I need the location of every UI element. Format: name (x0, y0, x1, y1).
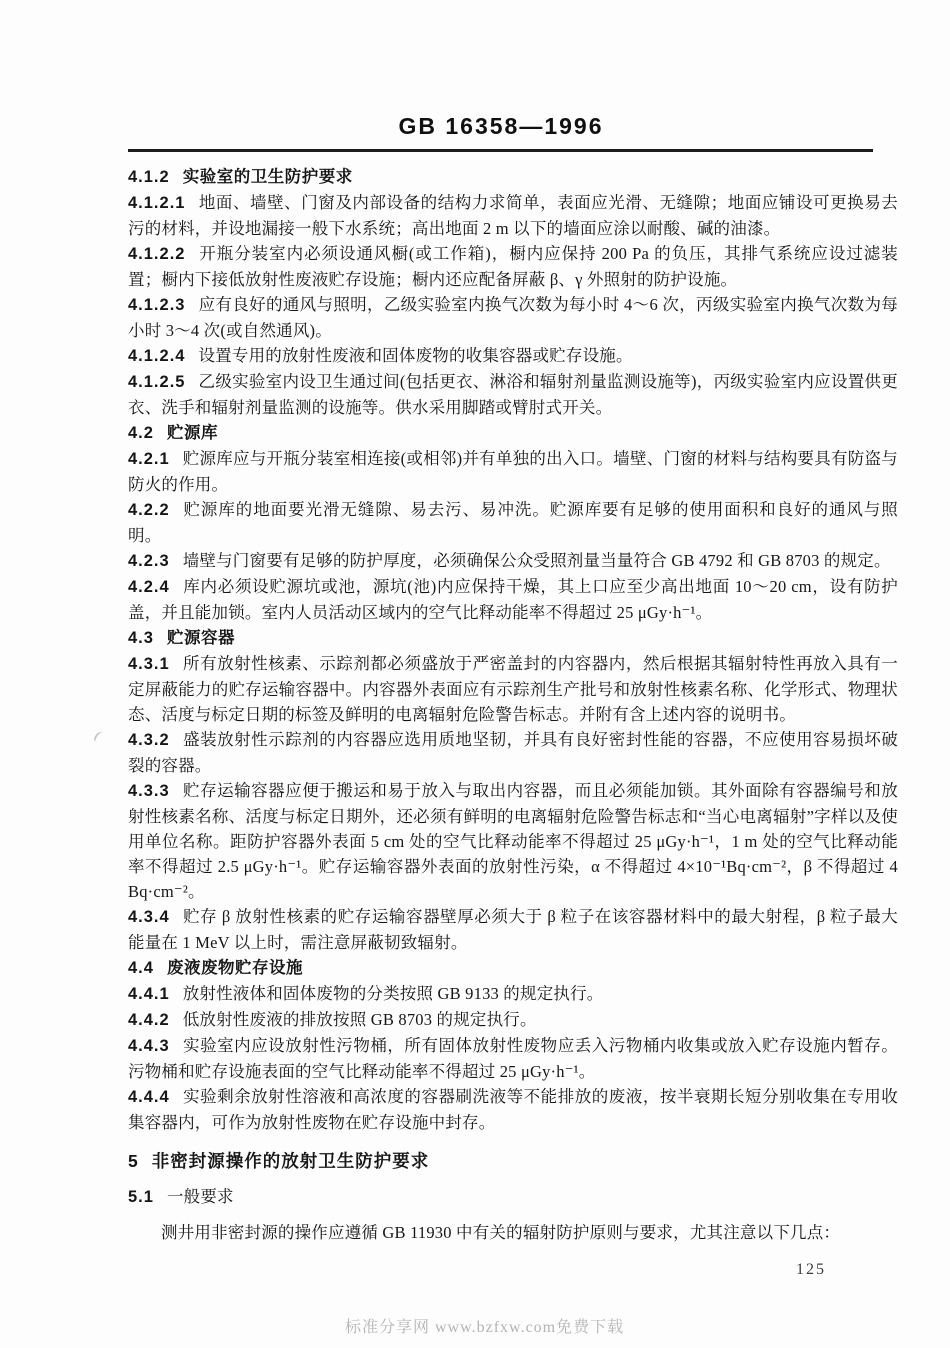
clause-paragraph: 4.1.2.4设置专用的放射性废液和固体废物的收集容器或贮存设施。 (128, 343, 898, 369)
clause-number: 4.1.2.4 (128, 347, 185, 365)
clause-number: 4.4.1 (128, 985, 170, 1003)
clause-number: 5 (128, 1151, 139, 1171)
clause-paragraph: 5非密封源操作的放射卫生防护要求 (128, 1149, 898, 1174)
clause-paragraph: 4.4.4实验剩余放射性溶液和高浓度的容器刷洗液等不能排放的废液，按半衰期长短分… (128, 1084, 898, 1135)
clause-paragraph: 4.2.3墙壁与门窗要有足够的防护厚度，必须确保公众受照剂量当量符合 GB 47… (128, 548, 898, 574)
clause-text: 贮存 β 放射性核素的贮存运输容器壁厚必须大于 β 粒子在该容器材料中的最大射程… (128, 907, 898, 952)
clause-text: 一般要求 (167, 1187, 234, 1206)
header-rule (128, 149, 873, 152)
clause-text: 贮存运输容器应便于搬运和易于放入与取出内容器，而且必须能加锁。其外面除有容器编号… (128, 781, 898, 901)
page-number: 125 (796, 1261, 826, 1279)
clause-number: 4.1.2.2 (128, 245, 185, 263)
scan-artifact (93, 730, 106, 745)
clause-paragraph: 4.2.4库内必须设贮源坑或池，源坑(池)内应保持干燥，其上口应至少高出地面 1… (128, 574, 898, 625)
clause-number: 4.3.3 (128, 782, 170, 800)
clause-number: 4.4.2 (128, 1011, 170, 1029)
clause-paragraph: 4.4.3实验室内应设放射性污物桶，所有固体放射性废物应丢入污物桶内收集或放入贮… (128, 1033, 898, 1084)
clause-number: 4.4 (128, 959, 154, 977)
clause-text: 废液废物贮存设施 (167, 959, 303, 977)
document-page: GB 16358—1996 4.1.2实验室的卫生防护要求 4.1.2.1地面、… (0, 0, 950, 1348)
clause-text: 贮源库应与开瓶分装室相连接(或相邻)并有单独的出入口。墙壁、门窗的材料与结构要具… (128, 449, 898, 494)
clause-number: 4.4.3 (128, 1037, 170, 1055)
clause-text: 地面、墙壁、门窗及内部设备的结构力求简单，表面应光滑、无缝隙；地面应铺设可更换易… (128, 193, 898, 238)
clause-text: 设置专用的放射性废液和固体废物的收集容器或贮存设施。 (198, 346, 632, 365)
clause-number: 4.3.4 (128, 908, 170, 926)
clause-paragraph: 4.2.2贮源库的地面要光滑无缝隙、易去污、易冲洗。贮源库要有足够的使用面积和良… (128, 497, 898, 548)
clause-text: 实验室的卫生防护要求 (183, 168, 353, 186)
clause-number: 4.2.4 (128, 578, 170, 596)
clause-paragraph: 4.4.2低放射性废液的排放按照 GB 8703 的规定执行。 (128, 1007, 898, 1033)
clause-text: 放射性液体和固体废物的分类按照 GB 9133 的规定执行。 (183, 984, 604, 1003)
clause-paragraph: 5.1一般要求 (128, 1184, 898, 1210)
clause-text: 测井用非密封源的操作应遵循 GB 11930 中有关的辐射防护原则与要求，尤其注… (161, 1223, 840, 1242)
clause-number: 4.3 (128, 629, 154, 647)
clause-paragraph: 4.4.1放射性液体和固体废物的分类按照 GB 9133 的规定执行。 (128, 981, 898, 1007)
clause-paragraph: 4.2.1贮源库应与开瓶分装室相连接(或相邻)并有单独的出入口。墙壁、门窗的材料… (128, 446, 898, 497)
clause-paragraph: 4.3.3贮存运输容器应便于搬运和易于放入与取出内容器，而且必须能加锁。其外面除… (128, 778, 898, 904)
clause-number: 4.3.2 (128, 731, 170, 749)
clause-text: 应有良好的通风与照明，乙级实验室内换气次数为每小时 4～6 次，丙级实验室内换气… (128, 295, 898, 340)
clause-number: 4.2 (128, 424, 154, 442)
clause-number: 4.3.1 (128, 655, 170, 673)
clause-number: 4.2.1 (128, 450, 170, 468)
clause-paragraph: 4.4废液废物贮存设施 (128, 955, 898, 981)
clause-number: 4.1.2 (128, 168, 170, 186)
clause-text: 墙壁与门窗要有足够的防护厚度，必须确保公众受照剂量当量符合 GB 4792 和 … (183, 551, 891, 570)
clause-text: 实验室内应设放射性污物桶，所有固体放射性废物应丢入污物桶内收集或放入贮存设施内暂… (128, 1036, 898, 1081)
clause-number: 4.2.2 (128, 501, 170, 519)
watermark: 标准分享网 www.bzfxw.com免费下载 (345, 1314, 624, 1337)
clause-text: 低放射性废液的排放按照 GB 8703 的规定执行。 (183, 1010, 537, 1029)
clause-text: 开瓶分装室内必须设通风橱(或工作箱)，橱内应保持 200 Pa 的负压，其排气系… (128, 244, 898, 289)
clause-number: 4.4.4 (128, 1088, 170, 1106)
clause-paragraph: 4.1.2.2开瓶分装室内必须设通风橱(或工作箱)，橱内应保持 200 Pa 的… (128, 241, 898, 292)
clause-paragraph: 4.3贮源容器 (128, 625, 898, 651)
clause-paragraph: 4.1.2.5乙级实验室内设卫生通过间(包括更衣、淋浴和辐射剂量监测设施等)，丙… (128, 369, 898, 420)
clause-paragraph: 4.3.4贮存 β 放射性核素的贮存运输容器壁厚必须大于 β 粒子在该容器材料中… (128, 904, 898, 955)
clause-paragraph: 4.1.2.3应有良好的通风与照明，乙级实验室内换气次数为每小时 4～6 次，丙… (128, 292, 898, 343)
clause-number: 4.1.2.3 (128, 296, 185, 314)
clause-number: 4.2.3 (128, 552, 170, 570)
clause-number: 4.1.2.5 (128, 373, 185, 391)
clause-number: 5.1 (128, 1188, 154, 1206)
clause-text: 非密封源操作的放射卫生防护要求 (152, 1151, 430, 1171)
clause-paragraph: 4.1.2实验室的卫生防护要求 (128, 164, 898, 190)
clause-text: 贮源库 (167, 424, 218, 442)
clause-number: 4.1.2.1 (128, 194, 185, 212)
clause-text: 所有放射性核素、示踪剂都必须盛放于严密盖封的内容器内，然后根据其辐射特性再放入具… (128, 654, 898, 724)
clause-text: 盛装放射性示踪剂的内容器应选用质地坚韧，并具有良好密封性能的容器，不应使用容易损… (128, 730, 898, 775)
clause-text: 库内必须设贮源坑或池，源坑(池)内应保持干燥，其上口应至少高出地面 10～20 … (128, 577, 898, 622)
clause-paragraph: 4.3.1所有放射性核素、示踪剂都必须盛放于严密盖封的内容器内，然后根据其辐射特… (128, 651, 898, 727)
clause-text: 贮源库的地面要光滑无缝隙、易去污、易冲洗。贮源库要有足够的使用面积和良好的通风与… (128, 500, 898, 545)
clause-text: 实验剩余放射性溶液和高浓度的容器刷洗液等不能排放的废液，按半衰期长短分别收集在专… (128, 1087, 898, 1132)
clause-list: 4.1.2实验室的卫生防护要求 4.1.2.1地面、墙壁、门窗及内部设备的结构力… (128, 164, 898, 1245)
clause-text: 乙级实验室内设卫生通过间(包括更衣、淋浴和辐射剂量监测设施等)，丙级实验室内应设… (128, 372, 898, 417)
clause-text: 贮源容器 (167, 629, 235, 647)
clause-paragraph: 4.2贮源库 (128, 420, 898, 446)
standard-number: GB 16358—1996 (0, 113, 950, 140)
clause-paragraph: 4.3.2盛装放射性示踪剂的内容器应选用质地坚韧，并具有良好密封性能的容器，不应… (128, 727, 898, 778)
clause-paragraph: 测井用非密封源的操作应遵循 GB 11930 中有关的辐射防护原则与要求，尤其注… (128, 1220, 898, 1245)
clause-paragraph: 4.1.2.1地面、墙壁、门窗及内部设备的结构力求简单，表面应光滑、无缝隙；地面… (128, 190, 898, 241)
